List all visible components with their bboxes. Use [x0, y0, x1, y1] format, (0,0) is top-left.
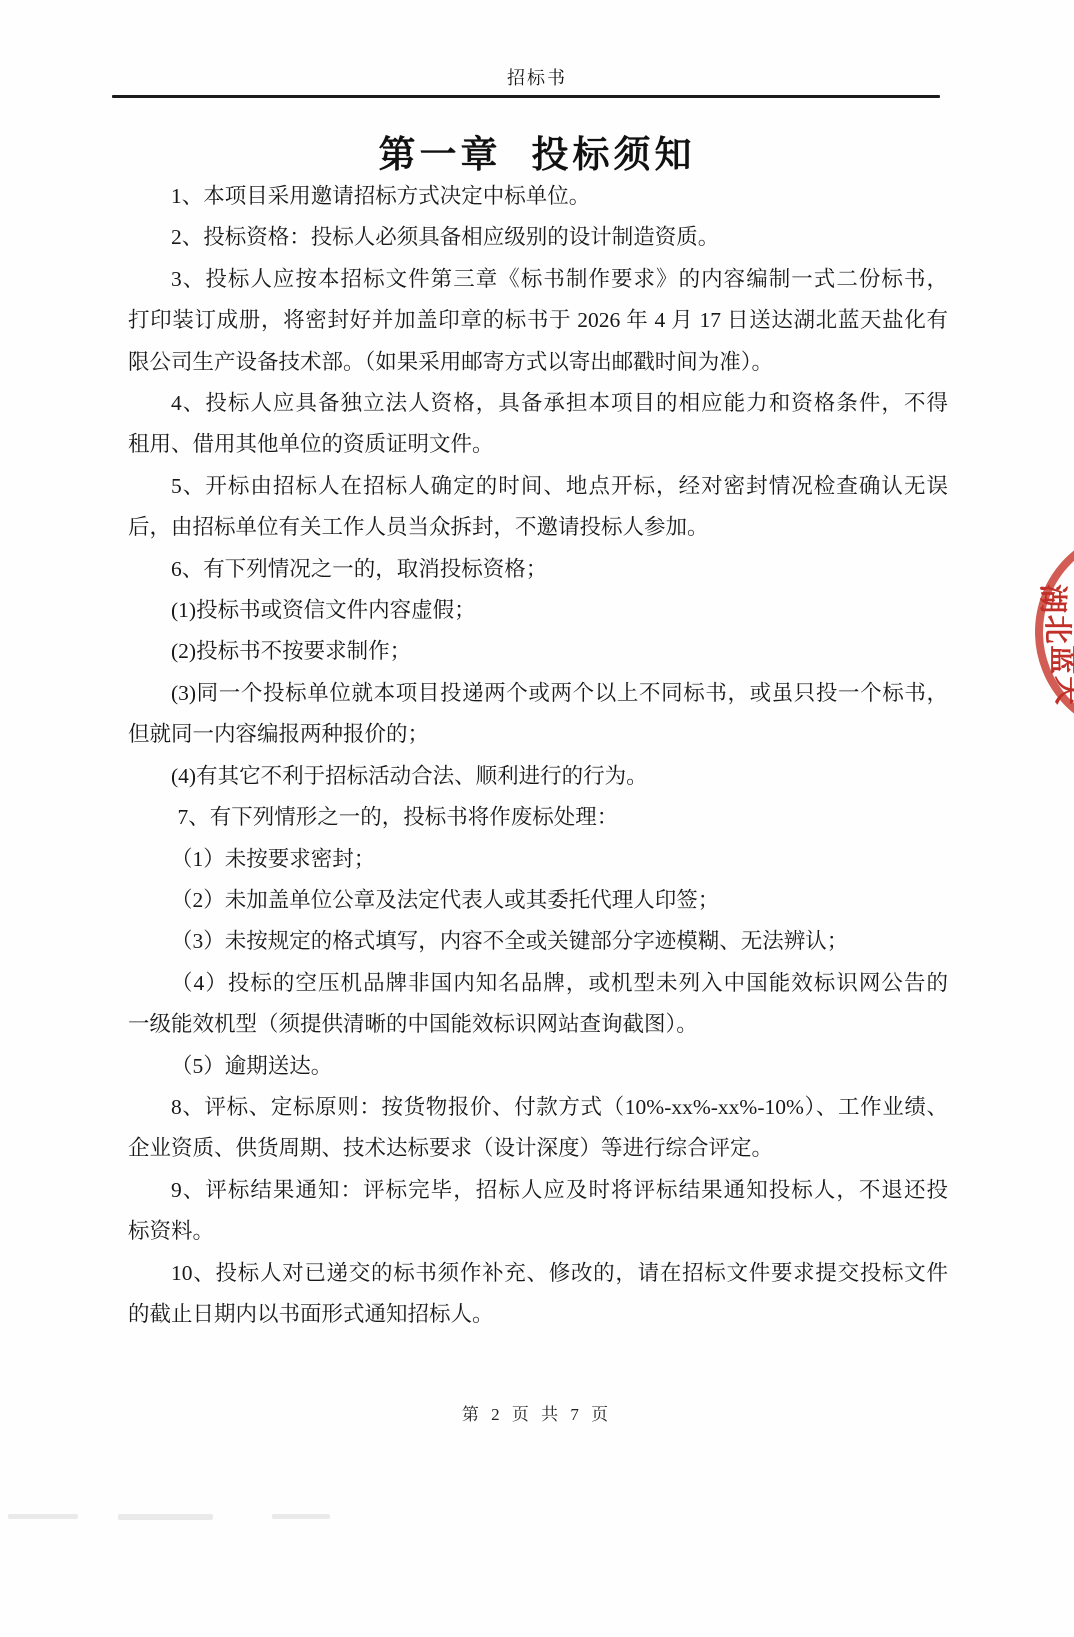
text-line: 一级能效机型（须提供清晰的中国能效标识网站查询截图）。 [128, 1004, 948, 1045]
text-line: 后，由招标单位有关工作人员当众拆封，不邀请投标人参加。 [128, 507, 948, 548]
text-line: 的截止日期内以书面形式通知招标人。 [128, 1294, 948, 1335]
scan-smudge [272, 1514, 330, 1519]
body-text: 1、本项目采用邀请招标方式决定中标单位。2、投标资格：投标人必须具备相应级别的设… [128, 176, 948, 1335]
text-line: 3、投标人应按本招标文件第三章《标书制作要求》的内容编制一式二份标书， [128, 259, 948, 300]
scan-smudge [118, 1514, 213, 1520]
text-line: (1)投标书或资信文件内容虚假； [128, 590, 948, 631]
text-line: 打印装订成册，将密封好并加盖印章的标书于 2026 年 4 月 17 日送达湖北… [128, 300, 948, 341]
text-line: 企业资质、供货周期、技术达标要求（设计深度）等进行综合评定。 [128, 1128, 948, 1169]
text-line: （5）逾期送达。 [128, 1046, 948, 1087]
page-header-title: 招标书 [0, 64, 1074, 90]
text-line: （1）未按要求密封； [128, 839, 948, 880]
text-line: 租用、借用其他单位的资质证明文件。 [128, 424, 948, 465]
text-line: 5、开标由招标人在招标人确定的时间、地点开标，经对密封情况检查确认无误 [128, 466, 948, 507]
scan-smudge [8, 1514, 78, 1519]
text-line: 8、评标、定标原则：按货物报价、付款方式（10%-xx%-xx%-10%）、工作… [128, 1087, 948, 1128]
header-rule [112, 95, 940, 98]
page-number: 第 2 页 共 7 页 [0, 1400, 1074, 1425]
text-line: (3)同一个投标单位就本项目投递两个或两个以上不同标书，或虽只投一个标书， [128, 673, 948, 714]
chapter-label: 第一章 [379, 124, 502, 178]
text-line: 10、投标人对已递交的标书须作补充、修改的，请在招标文件要求提交投标文件 [128, 1253, 948, 1294]
document-page: 招标书 第一章 投标须知 1、本项目采用邀请招标方式决定中标单位。2、投标资格：… [0, 0, 1074, 1637]
text-line: （2）未加盖单位公章及法定代表人或其委托代理人印签； [128, 880, 948, 921]
text-line: 但就同一内容编报两种报价的； [128, 714, 948, 755]
company-seal: 湖北蓝天 [1030, 527, 1074, 747]
text-line: 1、本项目采用邀请招标方式决定中标单位。 [128, 176, 948, 217]
text-line: (2)投标书不按要求制作； [128, 631, 948, 672]
chapter-title: 第一章 投标须知 [0, 124, 1074, 178]
text-line: (4)有其它不利于招标活动合法、顺利进行的行为。 [128, 756, 948, 797]
text-line: 9、评标结果通知：评标完毕，招标人应及时将评标结果通知投标人，不退还投 [128, 1170, 948, 1211]
text-line: 限公司生产设备技术部。（如果采用邮寄方式以寄出邮戳时间为准）。 [128, 342, 948, 383]
text-line: （3）未按规定的格式填写，内容不全或关键部分字迹模糊、无法辨认； [128, 921, 948, 962]
text-line: （4）投标的空压机品牌非国内知名品牌，或机型未列入中国能效标识网公告的 [128, 963, 948, 1004]
text-line: 2、投标资格：投标人必须具备相应级别的设计制造资质。 [128, 217, 948, 258]
text-line: 标资料。 [128, 1211, 948, 1252]
text-line: 7、有下列情形之一的，投标书将作废标处理： [128, 797, 948, 838]
chapter-name: 投标须知 [532, 124, 696, 178]
text-line: 6、有下列情况之一的，取消投标资格； [128, 549, 948, 590]
text-line: 4、投标人应具备独立法人资格，具备承担本项目的相应能力和资格条件，不得 [128, 383, 948, 424]
